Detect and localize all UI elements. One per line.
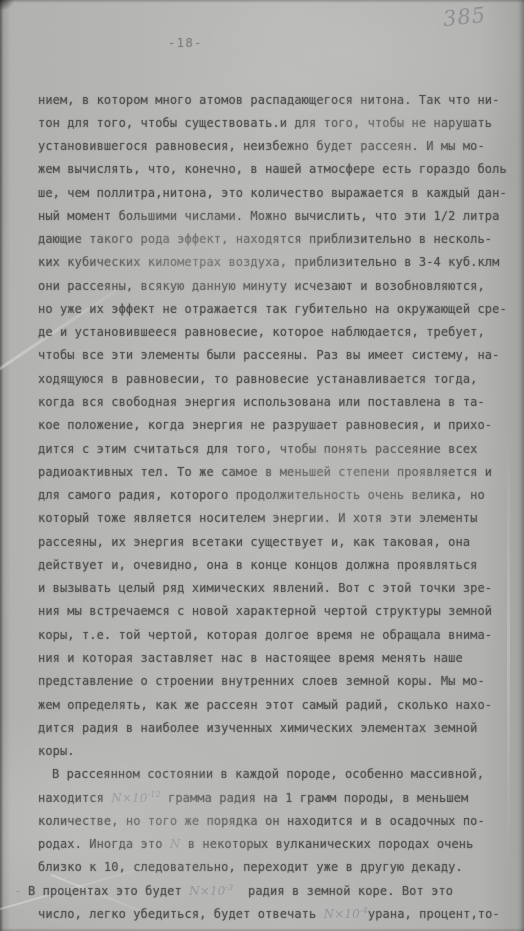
typed-text: ный момент большими числами. Можно вычис… [38,209,499,223]
handwritten-text: N×10 [111,791,147,805]
typed-text: и вызывать целый ряд химических явлений.… [38,581,492,595]
text-line: когда вся свободная энергия использована… [38,395,485,409]
typed-text: жем определять, как же рассеян этот самы… [38,698,492,712]
typed-text: жем вычислять, что, конечно, в нашей атм… [38,162,507,176]
text-line: коры, т.е. той чертой, которая долгое вр… [38,628,492,642]
handwritten-text: N×10 [189,884,225,898]
typed-text: в некоторых вулканических породах очень [180,837,473,851]
typed-text: В процентах это будет [28,884,189,898]
typed-text: коры. [38,744,75,758]
text-line: радиоактивных тел. То же самое в меньшей… [38,465,492,479]
typed-text: рассеяны, их энергия всетаки существует … [38,535,470,549]
typed-text: коры, т.е. той чертой, которая долгое вр… [38,628,492,642]
text-line: дающие такого рода эффект, находятся при… [38,232,492,246]
text-line: установившегося равновесия, неизбежно бу… [38,139,485,153]
typed-text: действует и, очевидно, она в конце концо… [38,558,477,572]
text-line: чтобы все эти элементы были рассеяны. Ра… [38,348,499,362]
typed-text: установившегося равновесия, неизбежно бу… [38,139,485,153]
typed-text: радиоактивных тел. То же самое в меньшей… [38,465,492,479]
typed-text: который тоже является носителем энергии.… [38,511,477,525]
text-line: рассеяны, их энергия всетаки существует … [38,535,470,549]
typed-text: ния и которая заставляет нас в настоящее… [38,651,463,665]
typed-text: нием, в котором много атомов распадающег… [38,93,499,107]
handwritten-text: N×10 [324,907,360,921]
typed-text: дится радия в наиболее изученных химичес… [38,721,477,735]
typed-text: В рассеянном состоянии в каждой породе, … [52,767,484,781]
typed-text: тон для того, чтобы существовать.и для т… [38,116,492,130]
typed-text: ких кубических километрах воздуха, прибл… [38,255,499,269]
scanned-page: 385 -18- нием, в котором много атомов ра… [0,0,524,931]
text-line: жем вычислять, что, конечно, в нашей атм… [38,162,507,176]
text-line: кое положение, когда энергия не разрушае… [38,418,492,432]
typed-text: представление о строении внутренних слое… [38,674,485,688]
text-line: родах. Иногда это N в некоторых вулканич… [38,837,473,851]
typed-text: дающие такого рода эффект, находятся при… [38,232,492,246]
typed-text: число, легко убедиться, будет отвечать [38,907,324,921]
text-line: и вызывать целый ряд химических явлений.… [38,581,492,595]
text-line: находится N×10-12 грамма радия на 1 грам… [38,791,468,807]
typed-text: когда вся свободная энергия использована… [38,395,485,409]
typed-text: дится с этим считаться для того, чтобы п… [38,442,477,456]
text-line: ходящуюся в равновесии, то равновесие ус… [38,372,477,386]
typed-text: ния мы встречаемся с новой характерной ч… [38,604,492,618]
handwritten-text: -12 [147,790,160,799]
text-line: В рассеянном состоянии в каждой породе, … [52,767,484,781]
text-line: де и установившееся равновесие, которое … [38,325,485,339]
handwritten-text: -4 [360,906,368,915]
typed-text-block: нием, в котором много атомов распадающег… [0,0,524,931]
text-line: число, легко убедиться, будет отвечать N… [38,907,500,923]
typed-text: кое положение, когда энергия не разрушае… [38,418,492,432]
text-line: ния и которая заставляет нас в настоящее… [38,651,463,665]
text-line: дится с этим считаться для того, чтобы п… [38,442,477,456]
text-line: они рассеяны, всякую данную минуту исчез… [38,279,485,293]
text-line: тон для того, чтобы существовать.и для т… [38,116,492,130]
handwritten-text: -3 [225,883,233,892]
text-line: жем определять, как же рассеян этот самы… [38,698,492,712]
text-line: ше, чем поллитра,нитона, это количество … [38,186,507,200]
typed-text: находится [38,791,111,805]
typed-text: урана, процент,то- [368,907,500,921]
text-line: коры. [38,744,75,758]
typed-text: родах. Иногда это [38,837,170,851]
typed-text: ше, чем поллитра,нитона, это количество … [38,186,507,200]
typed-text: близко к 10, следовательно, переходит уж… [38,860,463,874]
typed-text: де и установившееся равновесие, которое … [38,325,485,339]
typed-text: чтобы все эти элементы были рассеяны. Ра… [38,348,499,362]
text-line: представление о строении внутренних слое… [38,674,485,688]
text-line: ния мы встречаемся с новой характерной ч… [38,604,492,618]
typed-text: грамма радия на 1 грамм породы, в меньше… [161,791,469,805]
text-line: - В процентах это будет N×10-3 радия в з… [16,884,453,900]
text-line: для самого радия, которого продолжительн… [38,488,485,502]
handwritten-text: N [170,837,181,851]
typed-text: радия в земной коре. Вот это [233,884,453,898]
typed-text: для самого радия, которого продолжительн… [38,488,485,502]
text-line: близко к 10, следовательно, переходит уж… [38,860,463,874]
text-line: но уже их эффект не отражается так губит… [38,302,507,316]
typed-text: количестве, но того же порядка он находи… [38,814,485,828]
text-line: который тоже является носителем энергии.… [38,511,477,525]
typed-text: ходящуюся в равновесии, то равновесие ус… [38,372,477,386]
text-line: количестве, но того же порядка он находи… [38,814,485,828]
typed-text: но уже их эффект не отражается так губит… [38,302,507,316]
text-line: ких кубических километрах воздуха, прибл… [38,255,499,269]
typed-text: они рассеяны, всякую данную минуту исчез… [38,279,485,293]
text-line: ный момент большими числами. Можно вычис… [38,209,499,223]
text-line: нием, в котором много атомов распадающег… [38,93,499,107]
text-line: дится радия в наиболее изученных химичес… [38,721,477,735]
handwritten-text: - [16,884,28,898]
text-line: действует и, очевидно, она в конце концо… [38,558,477,572]
